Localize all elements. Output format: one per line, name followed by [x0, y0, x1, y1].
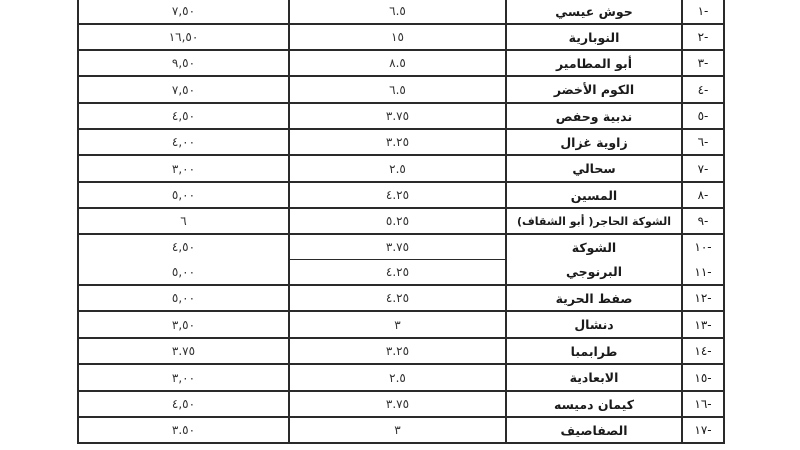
table-row: ٩,٥٠ ٨.٥ أبو المطامير -٣ [78, 50, 724, 76]
cell-value-left: ٦ [78, 208, 289, 234]
table-row: ١٦,٥٠ ١٥ النوبارية -٢ [78, 24, 724, 50]
cell-name: المسين [506, 182, 682, 208]
cell-value-left: ٩,٥٠ [78, 50, 289, 76]
cell-value-mid: ٣.٧٥ [289, 391, 506, 417]
cell-index: -٦ [682, 129, 724, 155]
cell-name: صفط الحرية [506, 285, 682, 311]
cell-index: -٨ [682, 182, 724, 208]
cell-index: -١٤ [682, 338, 724, 364]
cell-value-mid: ٦.٥ [289, 76, 506, 103]
cell-value-mid: ٤.٢٥ [289, 182, 506, 208]
cell-value-left: ٣.٧٥ [78, 338, 289, 364]
cell-name: الصفاصيف [506, 417, 682, 443]
cell-value-mid: ٢.٥ [289, 155, 506, 182]
cell-name: أبو المطامير [506, 50, 682, 76]
table-row: ٣,٥٠ ٣ دنشال -١٣ [78, 311, 724, 338]
table-row: ٣.٧٥ ٣.٢٥ طرابمبا -١٤ [78, 338, 724, 364]
table-row: ٣.٥٠ ٣ الصفاصيف -١٧ [78, 417, 724, 443]
cell-index: -١٣ [682, 311, 724, 338]
cell-value-left: ٧,٥٠ [78, 76, 289, 103]
table-row: ٤,٥٠ ٣.٧٥ الشوكة -١٠ [78, 234, 724, 260]
cell-index: -١٧ [682, 417, 724, 443]
table-row: ٥,٠٠ ٤.٢٥ البرنوجي -١١ [78, 260, 724, 286]
cell-index: -٢ [682, 24, 724, 50]
cell-value-left: ٥,٠٠ [78, 260, 289, 286]
cell-value-left: ٣.٥٠ [78, 417, 289, 443]
cell-value-mid: ٣.٧٥ [289, 234, 506, 260]
rate-table: ٧,٥٠ ٦.٥ حوش عيسي -١ ١٦,٥٠ ١٥ النوبارية … [77, 0, 725, 444]
table-row: ٤,٠٠ ٣.٢٥ زاوية غزال -٦ [78, 129, 724, 155]
table-row: ٥,٠٠ ٤.٢٥ المسين -٨ [78, 182, 724, 208]
cell-value-mid: ١٥ [289, 24, 506, 50]
cell-value-mid: ٦.٥ [289, 0, 506, 24]
cell-name: سحالي [506, 155, 682, 182]
cell-value-mid: ٨.٥ [289, 50, 506, 76]
cell-value-mid: ٣.٢٥ [289, 338, 506, 364]
table-row: ٧,٥٠ ٦.٥ حوش عيسي -١ [78, 0, 724, 24]
document-table-container: ٧,٥٠ ٦.٥ حوش عيسي -١ ١٦,٥٠ ١٥ النوبارية … [77, 0, 723, 444]
cell-name: كيمان دميسه [506, 391, 682, 417]
cell-name: طرابمبا [506, 338, 682, 364]
cell-value-left: ٤,٥٠ [78, 103, 289, 129]
cell-name: الابعادية [506, 364, 682, 391]
table-row: ٣,٠٠ ٢.٥ الابعادية -١٥ [78, 364, 724, 391]
cell-index: -١٢ [682, 285, 724, 311]
cell-value-left: ٤,٠٠ [78, 129, 289, 155]
cell-index: -١٦ [682, 391, 724, 417]
cell-name: النوبارية [506, 24, 682, 50]
table-row: ٧,٥٠ ٦.٥ الكوم الأخضر -٤ [78, 76, 724, 103]
table-row: ٦ ٥.٢٥ الشوكة الحاجر( أبو الشقاف) -٩ [78, 208, 724, 234]
cell-index: -٣ [682, 50, 724, 76]
cell-value-left: ٣,٠٠ [78, 155, 289, 182]
cell-value-left: ٧,٥٠ [78, 0, 289, 24]
cell-name: حوش عيسي [506, 0, 682, 24]
cell-value-left: ٥,٠٠ [78, 182, 289, 208]
cell-name: زاوية غزال [506, 129, 682, 155]
cell-index: -١١ [682, 260, 724, 286]
cell-value-mid: ٣.٢٥ [289, 129, 506, 155]
cell-value-left: ١٦,٥٠ [78, 24, 289, 50]
cell-value-left: ٣,٠٠ [78, 364, 289, 391]
cell-name: البرنوجي [506, 260, 682, 286]
table-row: ٤,٥٠ ٣.٧٥ كيمان دميسه -١٦ [78, 391, 724, 417]
cell-index: -١٠ [682, 234, 724, 260]
cell-name: دنشال [506, 311, 682, 338]
cell-name: الكوم الأخضر [506, 76, 682, 103]
cell-value-left: ٣,٥٠ [78, 311, 289, 338]
cell-value-mid: ٤.٢٥ [289, 260, 506, 286]
cell-value-mid: ٣ [289, 417, 506, 443]
cell-index: -٩ [682, 208, 724, 234]
cell-value-left: ٤,٥٠ [78, 234, 289, 260]
table-row: ٥,٠٠ ٤.٢٥ صفط الحرية -١٢ [78, 285, 724, 311]
cell-value-left: ٤,٥٠ [78, 391, 289, 417]
cell-name: الشوكة [506, 234, 682, 260]
cell-value-left: ٥,٠٠ [78, 285, 289, 311]
cell-index: -١٥ [682, 364, 724, 391]
cell-name: ندبية وحفص [506, 103, 682, 129]
table-row: ٤,٥٠ ٣.٧٥ ندبية وحفص -٥ [78, 103, 724, 129]
cell-name: الشوكة الحاجر( أبو الشقاف) [506, 208, 682, 234]
cell-value-mid: ٥.٢٥ [289, 208, 506, 234]
cell-index: -٥ [682, 103, 724, 129]
table-row: ٣,٠٠ ٢.٥ سحالي -٧ [78, 155, 724, 182]
cell-value-mid: ٣.٧٥ [289, 103, 506, 129]
cell-index: -٧ [682, 155, 724, 182]
cell-index: -١ [682, 0, 724, 24]
cell-index: -٤ [682, 76, 724, 103]
cell-value-mid: ٢.٥ [289, 364, 506, 391]
cell-value-mid: ٤.٢٥ [289, 285, 506, 311]
cell-value-mid: ٣ [289, 311, 506, 338]
